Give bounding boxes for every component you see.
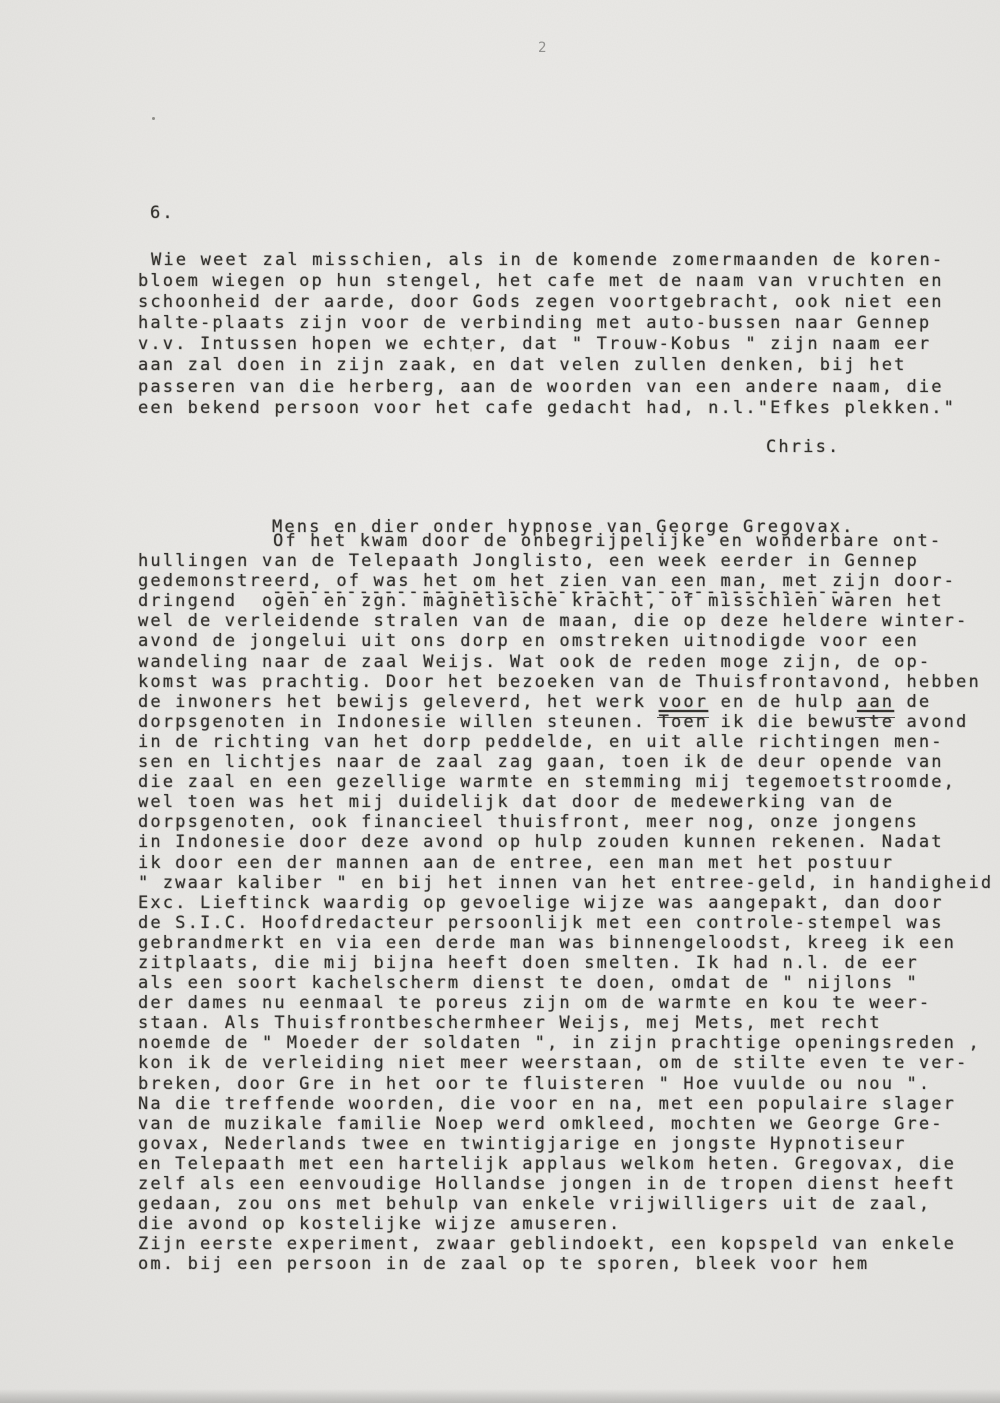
text-line: halte-plaats zijn voor de verbinding met… [138, 313, 956, 334]
text-line: der dames nu eenmaal te poreus zijn om d… [138, 993, 993, 1013]
text-line: zelf als een eenvoudige Hollandse jongen… [138, 1174, 993, 1194]
text-line: om. bij een persoon in de zaal op te spo… [138, 1254, 993, 1274]
text-line: van de muzikale familie Noep werd omklee… [138, 1114, 993, 1134]
text-line: avond de jongelui uit ons dorp en omstre… [138, 631, 993, 651]
text-line: wel toen was het mij duidelijk dat door … [138, 792, 993, 812]
text-line: zitplaats, die mij bijna heeft doen smel… [138, 953, 993, 973]
text-line: Zijn eerste experiment, zwaar geblindoek… [138, 1234, 993, 1254]
text-line: de S.I.C. Hoofdredacteur persoonlijk met… [138, 913, 993, 933]
text-line: aan zal doen in zijn zaak, en dat velen … [138, 355, 956, 376]
text-line: een bekend persoon voor het cafe gedacht… [138, 398, 956, 419]
text-line: bloem wiegen op hun stengel, het cafe me… [138, 271, 956, 292]
text-line: dorpsgenoten in Indonesie willen steunen… [138, 712, 993, 732]
text-line: sen en lichtjes naar de zaal zag gaan, t… [138, 752, 993, 772]
text-line: Wie weet zal misschien, als in de komend… [138, 250, 956, 271]
text-line: Na die treffende woorden, die voor en na… [138, 1094, 993, 1114]
text-line: passeren van die herberg, aan de woorden… [138, 377, 956, 398]
faint-page-mark: 2 [538, 40, 546, 56]
text-line: Exc. Lieftinck waardig op gevoelige wijz… [138, 893, 993, 913]
page-number: 6. [150, 203, 175, 223]
text-line: in Indonesie door deze avond op hulp zou… [138, 832, 993, 852]
text-line: de inwoners het bewijs geleverd, het wer… [138, 692, 993, 712]
text-line: " zwaar kaliber " en bij het innen van h… [138, 873, 993, 893]
scan-edge-shadow [0, 1389, 1000, 1403]
text-line: komst was prachtig. Door het bezoeken va… [138, 672, 993, 692]
text-line: staan. Als Thuisfrontbeschermheer Weijs,… [138, 1013, 993, 1033]
text-line: wel de verleidende stralen van de maan, … [138, 611, 993, 631]
text-line: en Telepaath met een hartelijk applaus w… [138, 1154, 993, 1174]
text-line: gedaan, zou ons met behulp van enkele vr… [138, 1194, 993, 1214]
text-line: gedemonstreerd, of was het om het zien v… [138, 571, 993, 591]
text-line: gebrandmerkt en via een derde man was bi… [138, 933, 993, 953]
article-body: Of het kwam door de onbegrijpelijke en w… [138, 531, 993, 1274]
text-line: wandeling naar de zaal Weijs. Wat ook de… [138, 652, 993, 672]
text-line: dorpsgenoten, ook financieel thuisfront,… [138, 812, 993, 832]
intro-paragraph: Wie weet zal misschien, als in de komend… [138, 250, 956, 419]
text-line: hullingen van de Telepaath Jonglisto, ee… [138, 551, 993, 571]
text-line: Of het kwam door de onbegrijpelijke en w… [138, 531, 993, 551]
text-line: noemde de " Moeder der soldaten ", in zi… [138, 1033, 993, 1053]
scanned-document-page: 2 6. Wie weet zal misschien, als in de k… [0, 0, 1000, 1403]
text-line: ik door een der mannen aan de entree, ee… [138, 853, 993, 873]
text-line: schoonheid der aarde, door Gods zegen vo… [138, 292, 956, 313]
text-line: die avond op kostelijke wijze amuseren. [138, 1214, 993, 1234]
text-line: breken, door Gre in het oor te fluistere… [138, 1074, 993, 1094]
text-line: govax, Nederlands twee en twintigjarige … [138, 1134, 993, 1154]
scan-speck [152, 117, 155, 120]
signature: Chris. [766, 437, 840, 457]
text-line: kon ik de verleiding niet meer weerstaan… [138, 1053, 993, 1073]
text-line: dringend ogen en zgn. magnetische kracht… [138, 591, 993, 611]
text-line: die zaal en een gezellige warmte en stem… [138, 772, 993, 792]
text-line: v.v. Intussen hopen we echter, dat " Tro… [138, 334, 956, 355]
text-line: als een soort kachelscherm dienst te doe… [138, 973, 993, 993]
text-line: in de richting van het dorp peddelde, en… [138, 732, 993, 752]
